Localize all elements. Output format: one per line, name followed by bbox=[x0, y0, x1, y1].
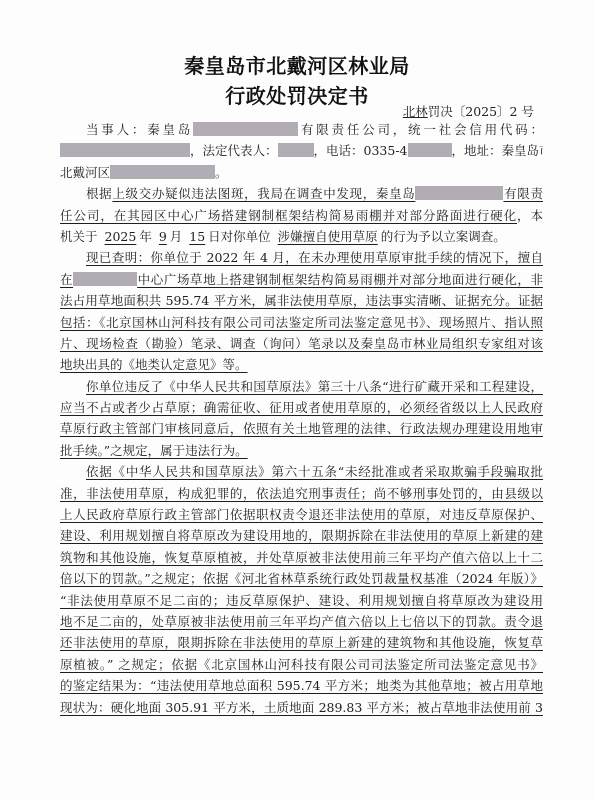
para4-line-2: 准，非法使用草原，构成犯罪的，依法追究刑事责任；尚不够刑事处罚的，由县级以 bbox=[60, 483, 543, 504]
legal-basis-text: 地不足二亩的，处草原被非法使用前三年平均产值六倍以上七倍以下的罚款。责令退 bbox=[60, 614, 543, 629]
legal-basis-text: 筑物和其他设施，恢复草原植被，并处草原被非法使用前三年平均产值六倍以上十二 bbox=[60, 550, 543, 565]
para2-line-4: 包括：《北京国林山河科技有限公司司法鉴定所司法鉴定意见书》、现场照片、指认照 bbox=[60, 312, 543, 333]
redacted-address bbox=[110, 165, 215, 179]
legal-basis-text: 建设、利用规划擅自将草原改为建设用地的，限期拆除在非法使用的草原上新建的建 bbox=[60, 528, 543, 543]
text: ，本 bbox=[517, 208, 543, 223]
appraisal-text: 现状为：硬化地面 305.91 平方米，土质地面 289.83 平方米；被占草地… bbox=[60, 700, 543, 715]
party-line-1: 当事人：秦皇岛有限责任公司，统一社会信用代码： bbox=[60, 119, 543, 140]
redacted-credit-code bbox=[60, 143, 190, 157]
para4-line-7: “非法使用草原不足二亩的；违反草原保护、建设、利用规划擅自将草原改为建设用 bbox=[60, 590, 543, 611]
violation-text: 草原行政主管部门审核同意后，依照有关土地管理的法律、行政法规办理建设用地审 bbox=[60, 421, 543, 436]
text: 在 bbox=[60, 272, 73, 287]
party-line-2: ，法定代表人：，电话：0335-4，地址：秦皇岛市 bbox=[60, 140, 543, 161]
party-line-3: 北戴河区。 bbox=[60, 162, 543, 183]
redacted-location bbox=[73, 272, 137, 286]
violation-text: 你单位违反了《中华人民共和国草原法》第三十八条“进行矿藏开采和工程建设， bbox=[86, 379, 543, 394]
case-nature: 涉嫌擅自使用草原 bbox=[275, 226, 381, 247]
para4-line-4: 建设、利用规划擅自将草原改为建设用地的，限期拆除在非法使用的草原上新建的建 bbox=[60, 525, 543, 546]
document-number-prefix: 北林 bbox=[403, 104, 428, 119]
para1-line-1: 根据上级交办疑似违法图斑，我局在调查中发现，秦皇岛有限责 bbox=[60, 183, 543, 204]
document-body: 当事人：秦皇岛有限责任公司，统一社会信用代码： ，法定代表人：，电话：0335-… bbox=[60, 119, 543, 718]
findings-text: 法占用草地面积共 595.74 平方米，属非法使用草原，违法事实清晰、证据充分。… bbox=[60, 293, 543, 308]
para1-line-2: 任公司，在其园区中心广场搭建钢制框架结构简易雨棚并对部分路面进行硬化，本 bbox=[60, 205, 543, 226]
document-number-rest: 罚决〔2025〕2 号 bbox=[428, 104, 534, 119]
phone-label: ，电话：0335-4 bbox=[314, 143, 408, 158]
para2-line-1: 现已查明：你单位于 2022 年 4 月，在未办理使用草原审批手续的情况下，擅自 bbox=[60, 247, 543, 268]
case-description: 任公司，在其园区中心广场搭建钢制框架结构简易雨棚并对部分路面进行硬化 bbox=[60, 208, 517, 223]
para2-line-3: 法占用草地面积共 595.74 平方米，属非法使用草原，违法事实清晰、证据充分。… bbox=[60, 290, 543, 311]
para4-line-12: 现状为：硬化地面 305.91 平方米，土质地面 289.83 平方米；被占草地… bbox=[60, 697, 543, 718]
redacted-company-name bbox=[193, 122, 298, 136]
para2-line-2: 在中心广场草地上搭建钢制框架结构简易雨棚并对部分地面进行硬化，非 bbox=[60, 269, 543, 290]
legal-basis-text: 依据《中华人民共和国草原法》第六十五条“未经批准或者采取欺骗手段骗取批 bbox=[86, 464, 543, 479]
legal-basis-text: 准，非法使用草原，构成犯罪的，依法追究刑事责任；尚不够刑事处罚的，由县级以 bbox=[60, 486, 543, 501]
redacted-legal-rep bbox=[278, 143, 314, 157]
text: 月 bbox=[170, 229, 183, 244]
para4-line-1: 依据《中华人民共和国草原法》第六十五条“未经批准或者采取欺骗手段骗取批 bbox=[60, 461, 543, 482]
para3-line-3: 草原行政主管部门审核同意后，依照有关土地管理的法律、行政法规办理建设用地审 bbox=[60, 418, 543, 439]
legal-basis-text: 还非法使用的草原，限期拆除在非法使用的草原上新建的建筑物和其他设施，恢复草 bbox=[60, 635, 543, 650]
party-label: 当事人：秦皇岛 bbox=[86, 122, 193, 137]
legal-basis-text: 倍以下的罚款。”之规定；依据《河北省林草系统行政处罚裁量权基准（2024 年版）… bbox=[60, 571, 543, 586]
evidence-text: 片、现场检查（勘验）笔录、调查（询问）笔录以及秦皇岛市林业局组织专家组对该 bbox=[60, 336, 543, 351]
legal-basis-text: 上人民政府草原行政主管部门依据职权责令退还非法使用的草原，对违反草原保护、 bbox=[60, 507, 543, 522]
para1-line-3: 机关于 2025年 9月 15日对你单位 涉嫌擅自使用草原的行为予以立案调查。 bbox=[60, 226, 543, 247]
redacted-company-name-2 bbox=[415, 186, 503, 200]
filing-day: 15 bbox=[186, 226, 208, 247]
violation-text: 应当不占或者少占草原；确需征收、征用或者使用草原的，必须经省级以上人民政府 bbox=[60, 400, 543, 415]
evidence-text: 地块出具的《地类认定意见》等。 bbox=[60, 357, 248, 372]
para4-line-9: 还非法使用的草原，限期拆除在非法使用的草原上新建的建筑物和其他设施，恢复草 bbox=[60, 632, 543, 653]
text: 机关于 bbox=[60, 229, 98, 244]
party-credit-code-label: 有限责任公司，统一社会信用代码： bbox=[298, 122, 543, 137]
address-district: 北戴河区 bbox=[60, 165, 110, 180]
issuer-title: 秦皇岛市北戴河区林业局 bbox=[0, 50, 594, 79]
case-source: 上级交办疑似违法图斑，我局在调查中发现，秦皇岛 bbox=[112, 186, 415, 201]
document-number: 北林罚决〔2025〕2 号 bbox=[403, 102, 534, 120]
para3-line-2: 应当不占或者少占草原；确需征收、征用或者使用草原的，必须经省级以上人民政府 bbox=[60, 397, 543, 418]
legal-rep-label: ，法定代表人： bbox=[190, 143, 278, 158]
text: 日对你单位 bbox=[208, 229, 271, 244]
text: 根据 bbox=[86, 186, 112, 201]
para4-line-6: 倍以下的罚款。”之规定；依据《河北省林草系统行政处罚裁量权基准（2024 年版）… bbox=[60, 568, 543, 589]
legal-basis-text: “非法使用草原不足二亩的；违反草原保护、建设、利用规划擅自将草原改为建设用 bbox=[60, 593, 543, 608]
para2-line-6: 地块出具的《地类认定意见》等。 bbox=[60, 354, 543, 375]
findings-text: 中心广场草地上搭建钢制框架结构简易雨棚并对部分地面进行硬化，非 bbox=[137, 272, 543, 287]
para3-line-4: 批手续。”之规定，属于违法行为。 bbox=[60, 440, 543, 461]
text: 有限责 bbox=[503, 186, 543, 201]
appraisal-text: 的鉴定结果为：“违法使用草地总面积 595.74 平方米；地类为其他草地；被占用… bbox=[60, 678, 543, 693]
filing-month: 9 bbox=[156, 226, 170, 247]
text: 的行为予以立案调查。 bbox=[381, 229, 506, 244]
filing-year: 2025 bbox=[102, 226, 140, 247]
para4-line-11: 的鉴定结果为：“违法使用草地总面积 595.74 平方米；地类为其他草地；被占用… bbox=[60, 675, 543, 696]
para2-line-5: 片、现场检查（勘验）笔录、调查（询问）笔录以及秦皇岛市林业局组织专家组对该 bbox=[60, 333, 543, 354]
text: 年 bbox=[139, 229, 152, 244]
findings-text: 现已查明：你单位于 2022 年 4 月，在未办理使用草原审批手续的情况下，擅自 bbox=[86, 250, 543, 265]
document-page: 秦皇岛市北戴河区林业局 行政处罚决定书 北林罚决〔2025〕2 号 当事人：秦皇… bbox=[0, 0, 594, 801]
redacted-phone bbox=[408, 143, 452, 157]
para4-line-3: 上人民政府草原行政主管部门依据职权责令退还非法使用的草原，对违反草原保护、 bbox=[60, 504, 543, 525]
address-label: ，地址：秦皇岛市 bbox=[452, 143, 543, 158]
violation-text: 批手续。”之规定，属于违法行为。 bbox=[60, 443, 248, 458]
para3-line-1: 你单位违反了《中华人民共和国草原法》第三十八条“进行矿藏开采和工程建设， bbox=[60, 376, 543, 397]
para4-line-5: 筑物和其他设施，恢复草原植被，并处草原被非法使用前三年平均产值六倍以上十二 bbox=[60, 547, 543, 568]
period: 。 bbox=[215, 165, 228, 180]
para4-line-10: 原植被。” 之规定；依据《北京国林山河科技有限公司司法鉴定所司法鉴定意见书》 bbox=[60, 654, 543, 675]
evidence-text: 包括：《北京国林山河科技有限公司司法鉴定所司法鉴定意见书》、现场照片、指认照 bbox=[60, 315, 543, 330]
para4-line-8: 地不足二亩的，处草原被非法使用前三年平均产值六倍以上七倍以下的罚款。责令退 bbox=[60, 611, 543, 632]
legal-basis-text: 原植被。” 之规定；依据《北京国林山河科技有限公司司法鉴定所司法鉴定意见书》 bbox=[60, 657, 543, 672]
